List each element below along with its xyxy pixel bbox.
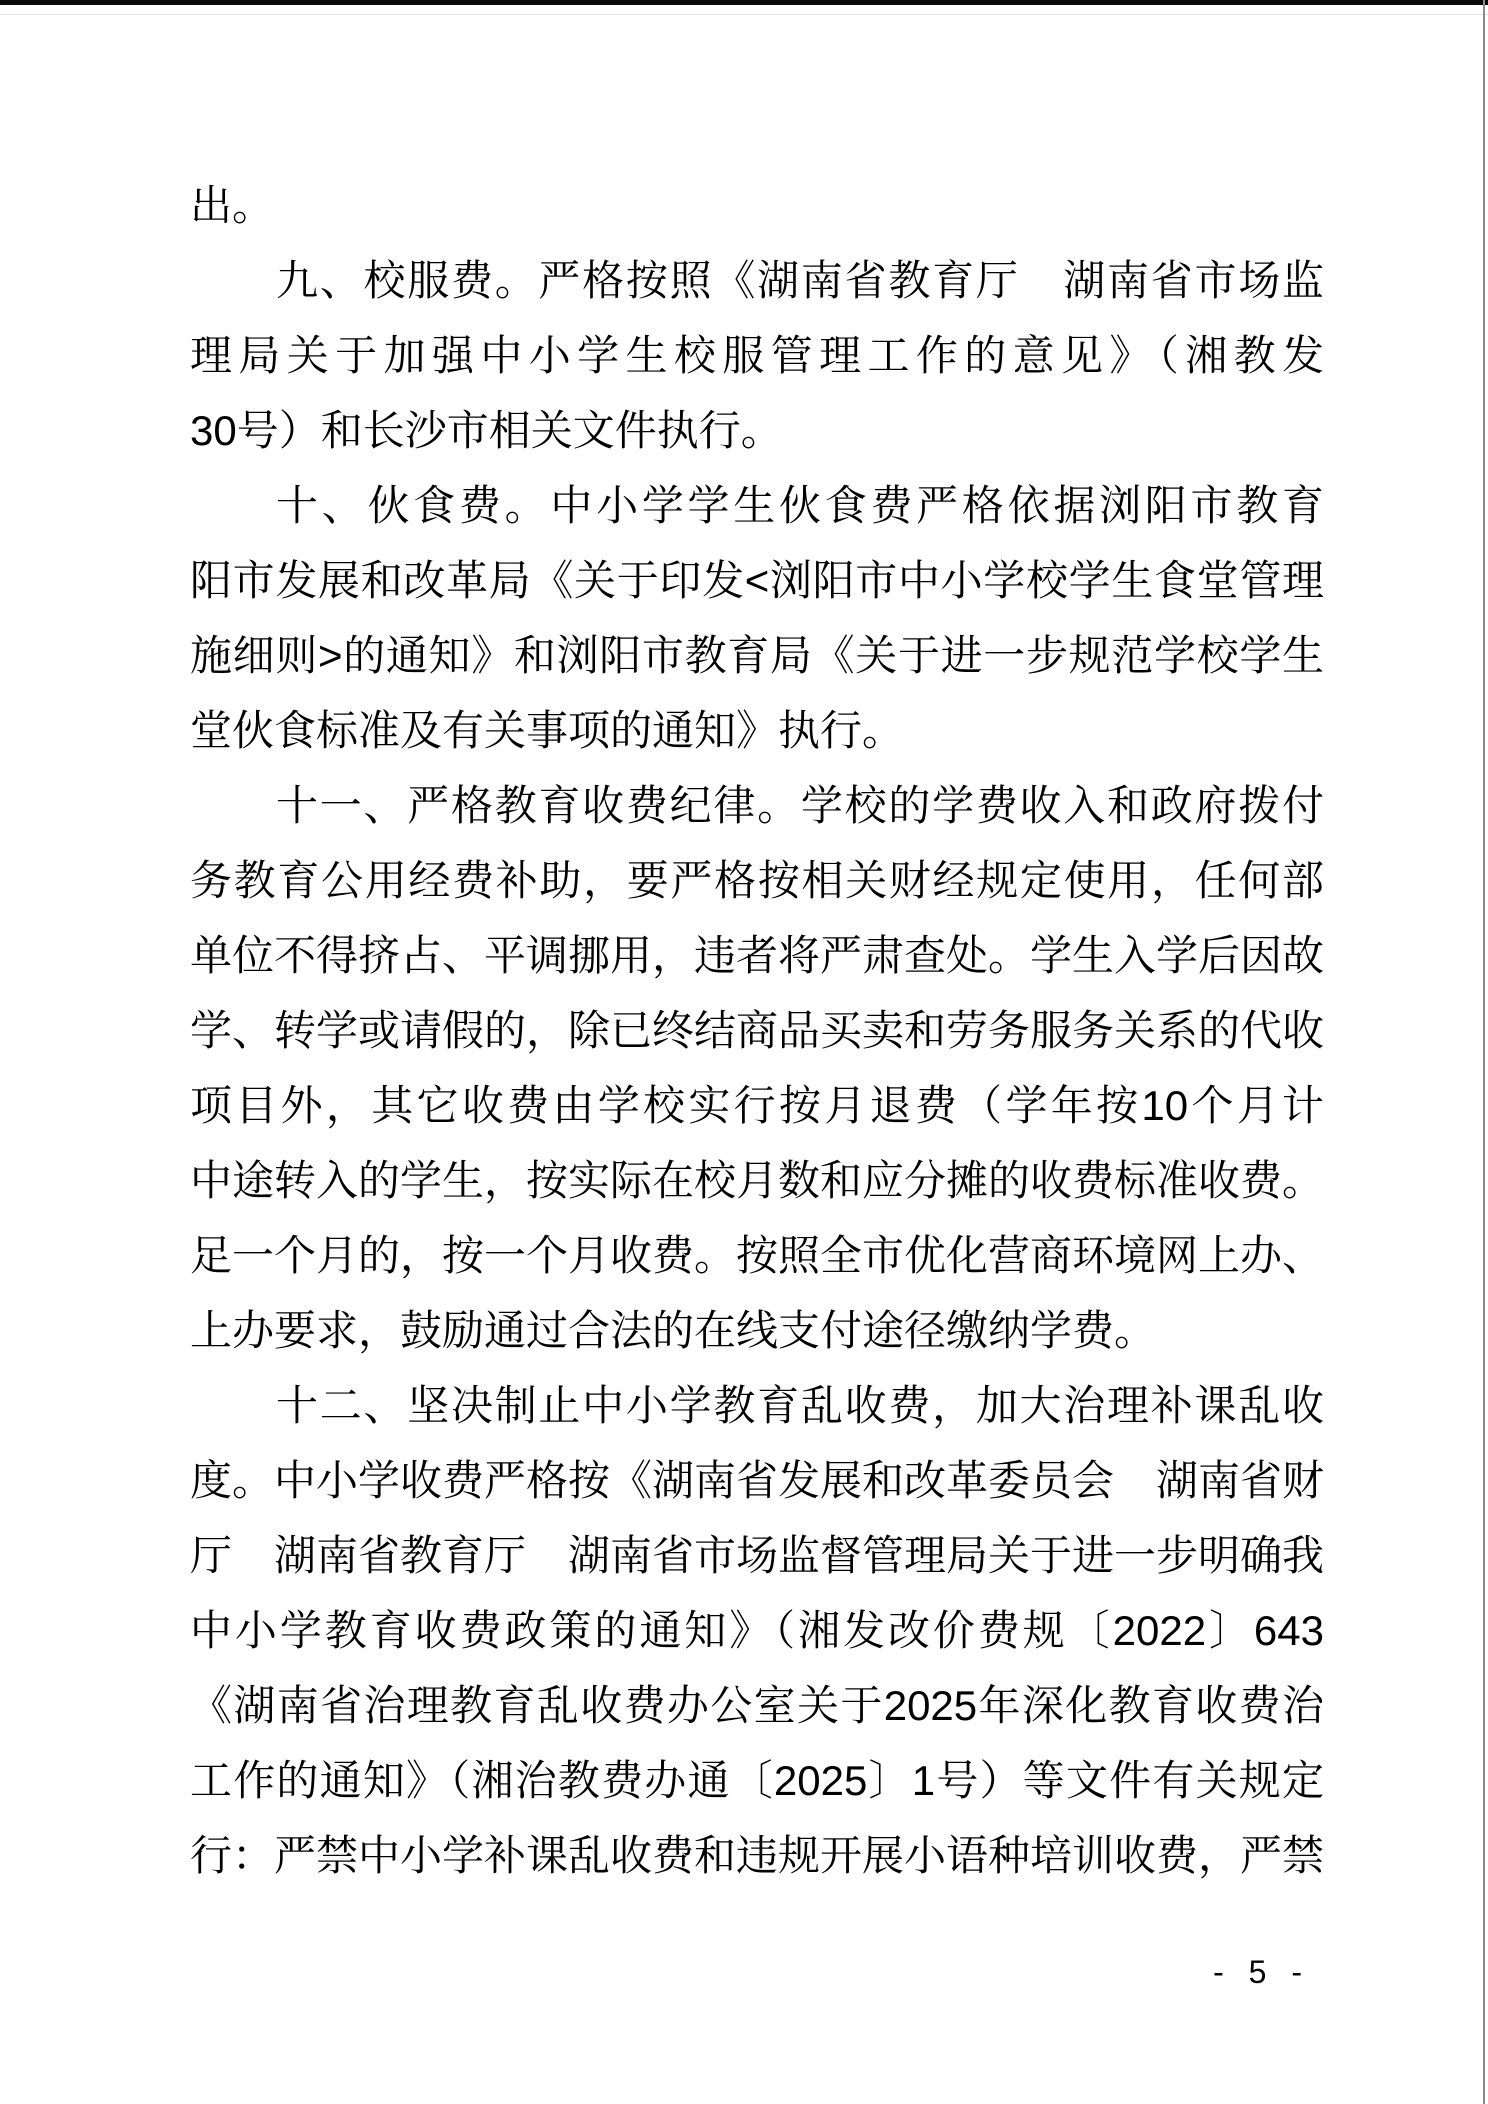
text-line: 九、校服费。严格按照《湖南省教育厅 湖南省市场监督管 (190, 243, 1324, 318)
text-line: 理局关于加强中小学生校服管理工作的意见》（湘教发〔2025〕 (190, 318, 1324, 393)
text-line: 30号）和长沙市相关文件执行。 (190, 393, 1324, 468)
text-line: 中途转入的学生，按实际在校月数和应分摊的收费标准收费。不 (190, 1143, 1324, 1218)
text-line: 足一个月的，按一个月收费。按照全市优化营商环境网上办、掌 (190, 1218, 1324, 1293)
text-line: 厅 湖南省教育厅 湖南省市场监督管理局关于进一步明确我省 (190, 1518, 1324, 1593)
document-page: 出。九、校服费。严格按照《湖南省教育厅 湖南省市场监督管理局关于加强中小学生校服… (0, 0, 1488, 2104)
text-line: 行：严禁中小学补课乱收费和违规开展小语种培训收费，严禁在 (190, 1818, 1324, 1893)
text-line: 阳市发展和改革局《关于印发<浏阳市中小学校学生食堂管理实 (190, 543, 1324, 618)
document-body: 出。九、校服费。严格按照《湖南省教育厅 湖南省市场监督管理局关于加强中小学生校服… (190, 168, 1324, 1893)
text-line: 工作的通知》（湘治教费办通〔2025〕1号）等文件有关规定执 (190, 1743, 1324, 1818)
text-line: 《湖南省治理教育乱收费办公室关于2025年深化教育收费治理 (190, 1668, 1324, 1743)
text-line: 十二、坚决制止中小学教育乱收费，加大治理补课乱收费力 (190, 1368, 1324, 1443)
text-line: 学、转学或请假的，除已终结商品买卖和劳务服务关系的代收费 (190, 993, 1324, 1068)
text-line: 上办要求，鼓励通过合法的在线支付途径缴纳学费。 (190, 1293, 1324, 1368)
page-number: - 5 - (1213, 1952, 1310, 1992)
text-line: 十、伙食费。中小学学生伙食费严格依据浏阳市教育局、浏 (190, 468, 1324, 543)
text-line: 十一、严格教育收费纪律。学校的学费收入和政府拨付的义 (190, 768, 1324, 843)
text-line: 度。中小学收费严格按《湖南省发展和改革委员会 湖南省财政 (190, 1443, 1324, 1518)
text-line: 项目外，其它收费由学校实行按月退费（学年按10个月计算）。 (190, 1068, 1324, 1143)
text-line: 堂伙食标准及有关事项的通知》执行。 (190, 693, 1324, 768)
right-border (1483, 0, 1485, 2104)
text-line: 务教育公用经费补助，要严格按相关财经规定使用，任何部门、 (190, 843, 1324, 918)
text-line: 施细则>的通知》和浏阳市教育局《关于进一步规范学校学生食 (190, 618, 1324, 693)
text-line: 中小学教育收费政策的通知》（湘发改价费规〔2022〕643号）、 (190, 1593, 1324, 1668)
top-border (0, 0, 1488, 5)
top-hairline (0, 14, 1488, 15)
text-line: 单位不得挤占、平调挪用，违者将严肃查处。学生入学后因故退 (190, 918, 1324, 993)
text-line: 出。 (190, 168, 1324, 243)
